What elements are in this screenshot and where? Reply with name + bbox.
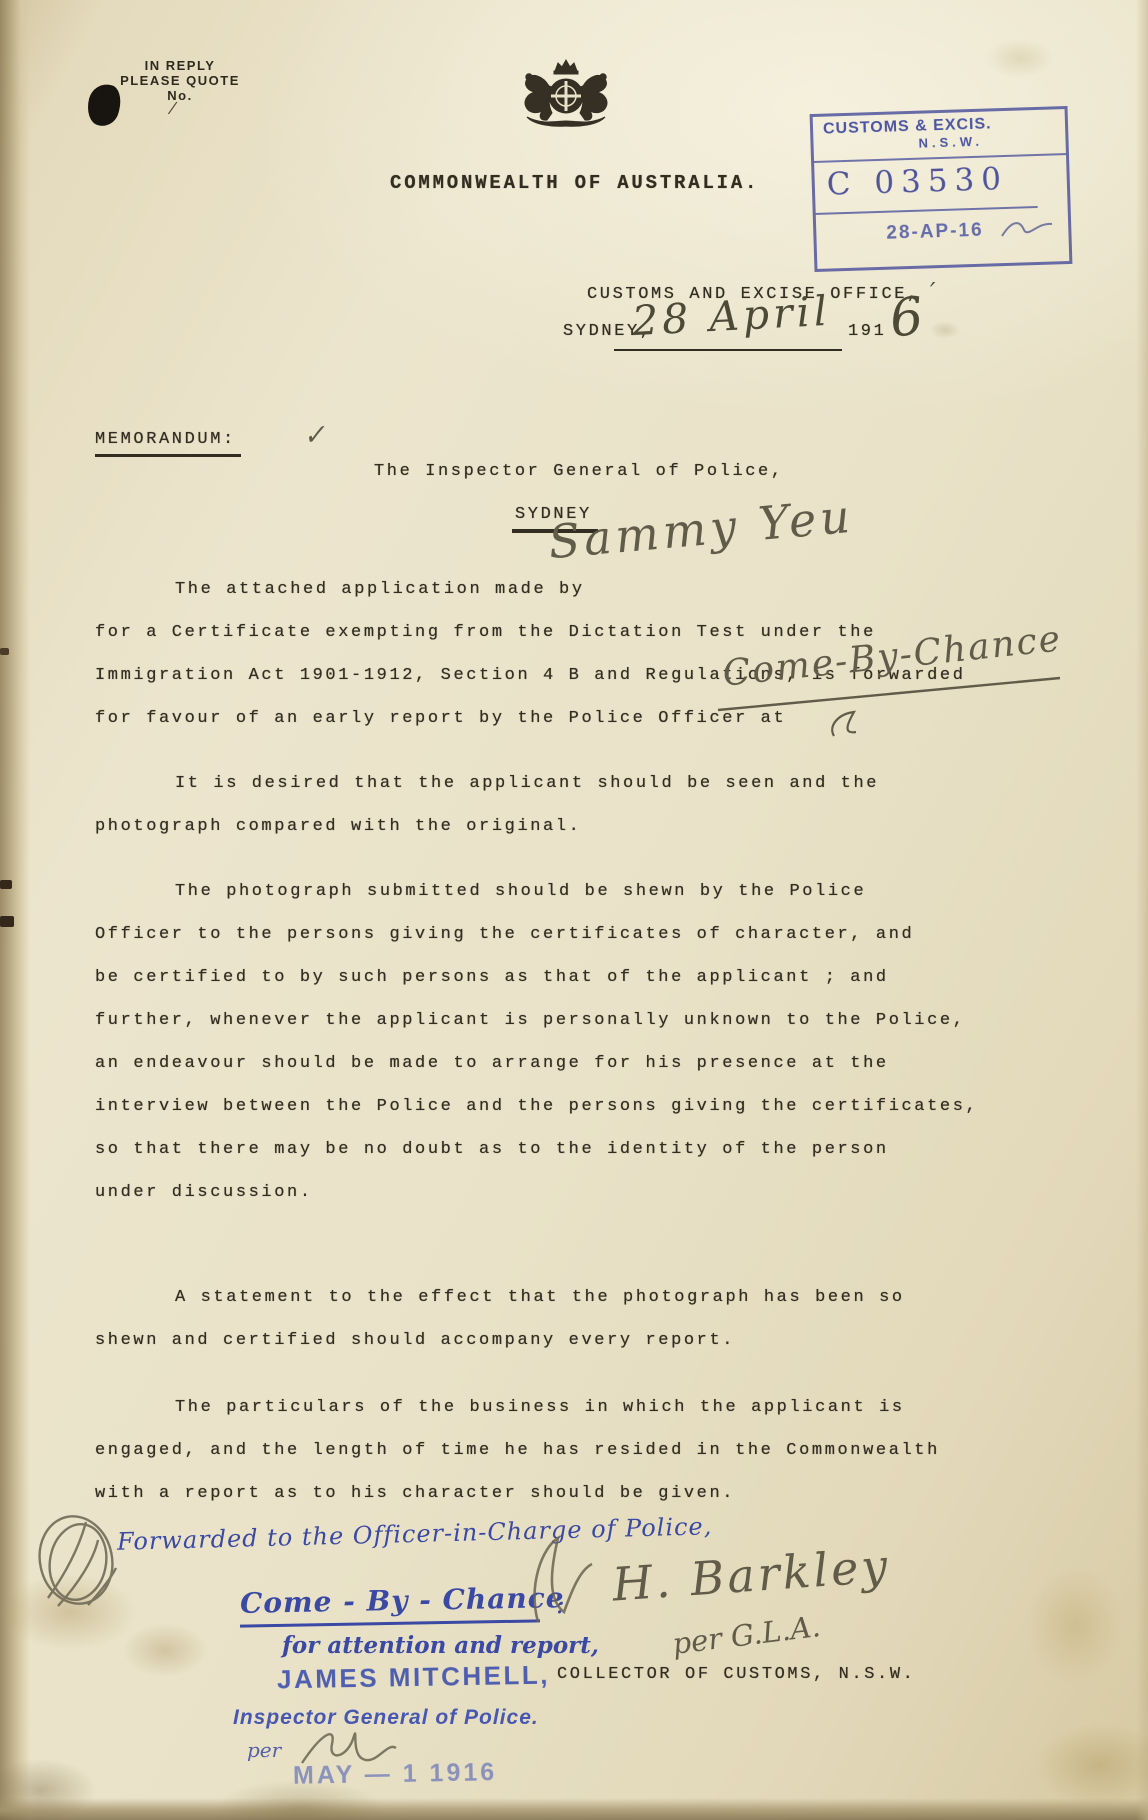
stamp-divider (816, 206, 1038, 215)
body-line: for favour of an early report by the Pol… (95, 709, 786, 728)
body-line: A statement to the effect that the photo… (175, 1288, 905, 1307)
forwarded-line: Forwarded to the Officer-in-Charge of Po… (117, 1512, 713, 1556)
body-line: interview between the Police and the per… (95, 1097, 978, 1116)
footer-place-name: Come - By - Chance (240, 1581, 565, 1620)
body-line: Officer to the persons giving the certif… (95, 925, 914, 944)
body-line: engaged, and the length of time he has r… (95, 1441, 940, 1460)
body-line: be certified to by such persons as that … (95, 968, 889, 987)
addressee-line: The Inspector General of Police, (374, 462, 784, 481)
body-line: an endeavour should be made to arrange f… (95, 1054, 889, 1073)
reply-note-line: IN REPLY (100, 58, 260, 73)
pencil-tick: ′ (930, 278, 935, 306)
bottom-page-edge (0, 1798, 1148, 1820)
reply-note: IN REPLY PLEASE QUOTE No. (100, 58, 260, 103)
memorandum-label: MEMORANDUM: (95, 430, 236, 449)
handwritten-slash: / (169, 98, 177, 118)
per-label: per (247, 1738, 281, 1762)
place-name-underline-flourish (716, 648, 1066, 748)
binding-mark (0, 648, 9, 655)
reply-note-line: PLEASE QUOTE (100, 73, 260, 88)
handwritten-year-digit: 6 (887, 286, 926, 349)
stamp-number: C 03530 (826, 161, 1008, 203)
stamp-office-line2: N.S.W. (918, 134, 983, 151)
footer-place-underline (240, 1619, 540, 1627)
memorandum-underline (95, 454, 241, 457)
stamp-divider (814, 153, 1066, 163)
body-line: The attached application made by (175, 580, 585, 599)
body-line: for a Certificate exempting from the Dic… (95, 623, 876, 642)
binding-mark (0, 916, 14, 927)
body-line: The particulars of the business in which… (175, 1398, 905, 1417)
document-page: IN REPLY PLEASE QUOTE No. / COMMONWEALTH… (0, 0, 1148, 1820)
body-line: under discussion. (95, 1183, 313, 1202)
body-line: shewn and certified should accompany eve… (95, 1331, 735, 1350)
james-mitchell-stamp: JAMES MITCHELL, (277, 1660, 550, 1696)
handwritten-applicant-name: Sammy Yeu (546, 489, 856, 569)
check-mark: ✓ (301, 419, 327, 452)
barkley-signature: H. Barkley (610, 1538, 891, 1611)
pencil-scribble-circle (28, 1510, 128, 1615)
handwritten-date: 28 April (631, 287, 832, 345)
stamp-date-flourish (998, 216, 1058, 242)
signature-flourish (520, 1530, 620, 1630)
attention-line: for attention and report, (282, 1632, 599, 1659)
commonwealth-title: COMMONWEALTH OF AUSTRALIA. (390, 172, 759, 194)
reply-note-line: No. (100, 88, 260, 103)
binding-mark (0, 880, 12, 889)
coat-of-arms-crest (497, 56, 635, 128)
collector-title: COLLECTOR OF CUSTOMS, N.S.W. (557, 1665, 915, 1684)
stamp-date: 28-AP-16 (886, 220, 984, 245)
right-page-edge (1136, 0, 1148, 1820)
body-line: so that there may be no doubt as to the … (95, 1140, 889, 1159)
may-date-stamp: MAY — 1 1916 (293, 1758, 498, 1791)
left-page-edge (0, 0, 30, 1820)
per-initials: per G.L.A. (670, 1609, 822, 1661)
body-line: It is desired that the applicant should … (175, 774, 879, 793)
body-line: photograph compared with the original. (95, 817, 581, 836)
year-prefix: 191 (848, 322, 886, 341)
customs-received-stamp: CUSTOMS & EXCIS. N.S.W. C 03530 28-AP-16 (810, 106, 1073, 272)
body-line: with a report as to his character should… (95, 1484, 735, 1503)
body-line: The photograph submitted should be shewn… (175, 882, 866, 901)
body-line: further, whenever the applicant is perso… (95, 1011, 966, 1030)
date-underline (614, 349, 842, 351)
